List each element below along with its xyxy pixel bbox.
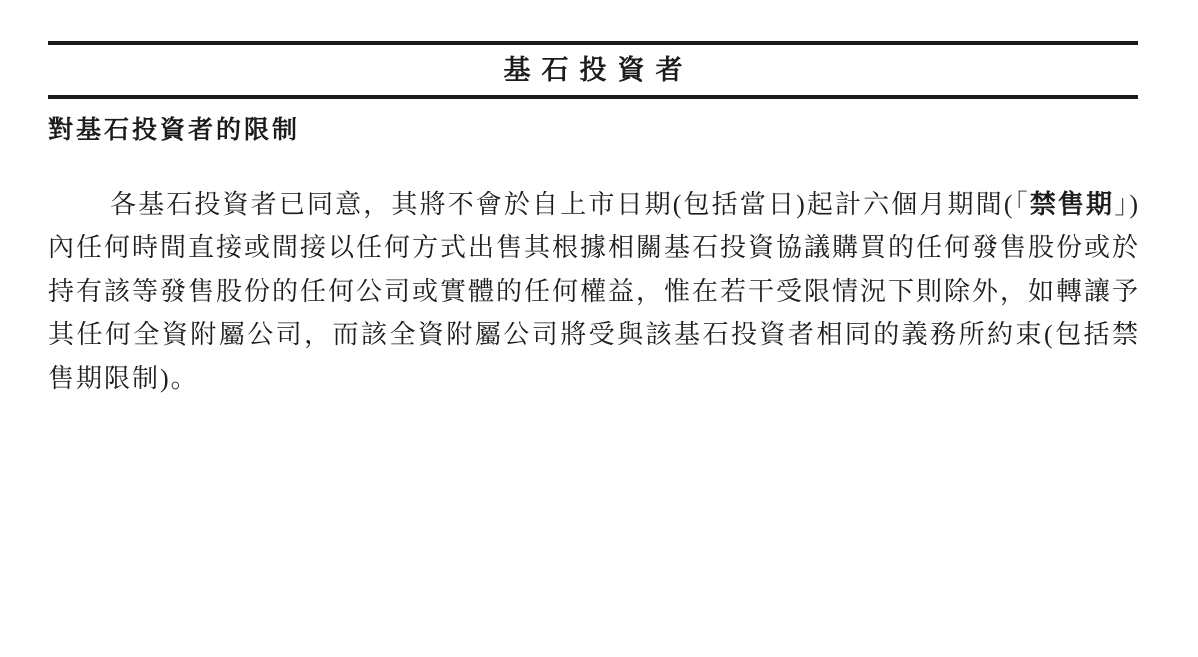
line-text: 售期限制)。 bbox=[48, 364, 199, 393]
lockup-restriction-paragraph: 各基石投資者已同意，其將不會於自上市日期(包括當日)起計六個月期間(「禁售期」)… bbox=[48, 183, 1138, 400]
bottom-divider bbox=[48, 95, 1138, 99]
line-text: 其任何全資附屬公司，而該全資附屬公司將受與該基石投資者相同的義務所約束(包括禁 bbox=[48, 320, 1138, 349]
paragraph-line-5: 售期限制)。 bbox=[48, 357, 1138, 400]
paragraph-line-3: 持有該等發售股份的任何公司或實體的任何權益，惟在若干受限情況下則除外，如轉讓予 bbox=[48, 270, 1138, 313]
line-text: 內任何時間直接或間接以任何方式出售其根據相關基石投資協議購買的任何發售股份或於 bbox=[48, 233, 1138, 262]
section-heading: 對基石投資者的限制 bbox=[48, 116, 1138, 146]
line-text: 持有該等發售股份的任何公司或實體的任何權益，惟在若干受限情況下則除外，如轉讓予 bbox=[48, 277, 1138, 306]
paragraph-line-1: 各基石投資者已同意，其將不會於自上市日期(包括當日)起計六個月期間(「禁售期」) bbox=[48, 183, 1138, 226]
line-text: 各基石投資者已同意，其將不會於自上市日期(包括當日)起計六個月期間(「 bbox=[110, 190, 1030, 219]
lockup-period-term: 禁售期 bbox=[1030, 190, 1114, 219]
document-page: 基石投資者 對基石投資者的限制 各基石投資者已同意，其將不會於自上市日期(包括當… bbox=[0, 0, 1198, 657]
line-text: 」) bbox=[1114, 190, 1138, 219]
paragraph-line-4: 其任何全資附屬公司，而該全資附屬公司將受與該基石投資者相同的義務所約束(包括禁 bbox=[48, 313, 1138, 356]
page-title: 基石投資者 bbox=[48, 45, 1138, 95]
paragraph-line-2: 內任何時間直接或間接以任何方式出售其根據相關基石投資協議購買的任何發售股份或於 bbox=[48, 226, 1138, 269]
